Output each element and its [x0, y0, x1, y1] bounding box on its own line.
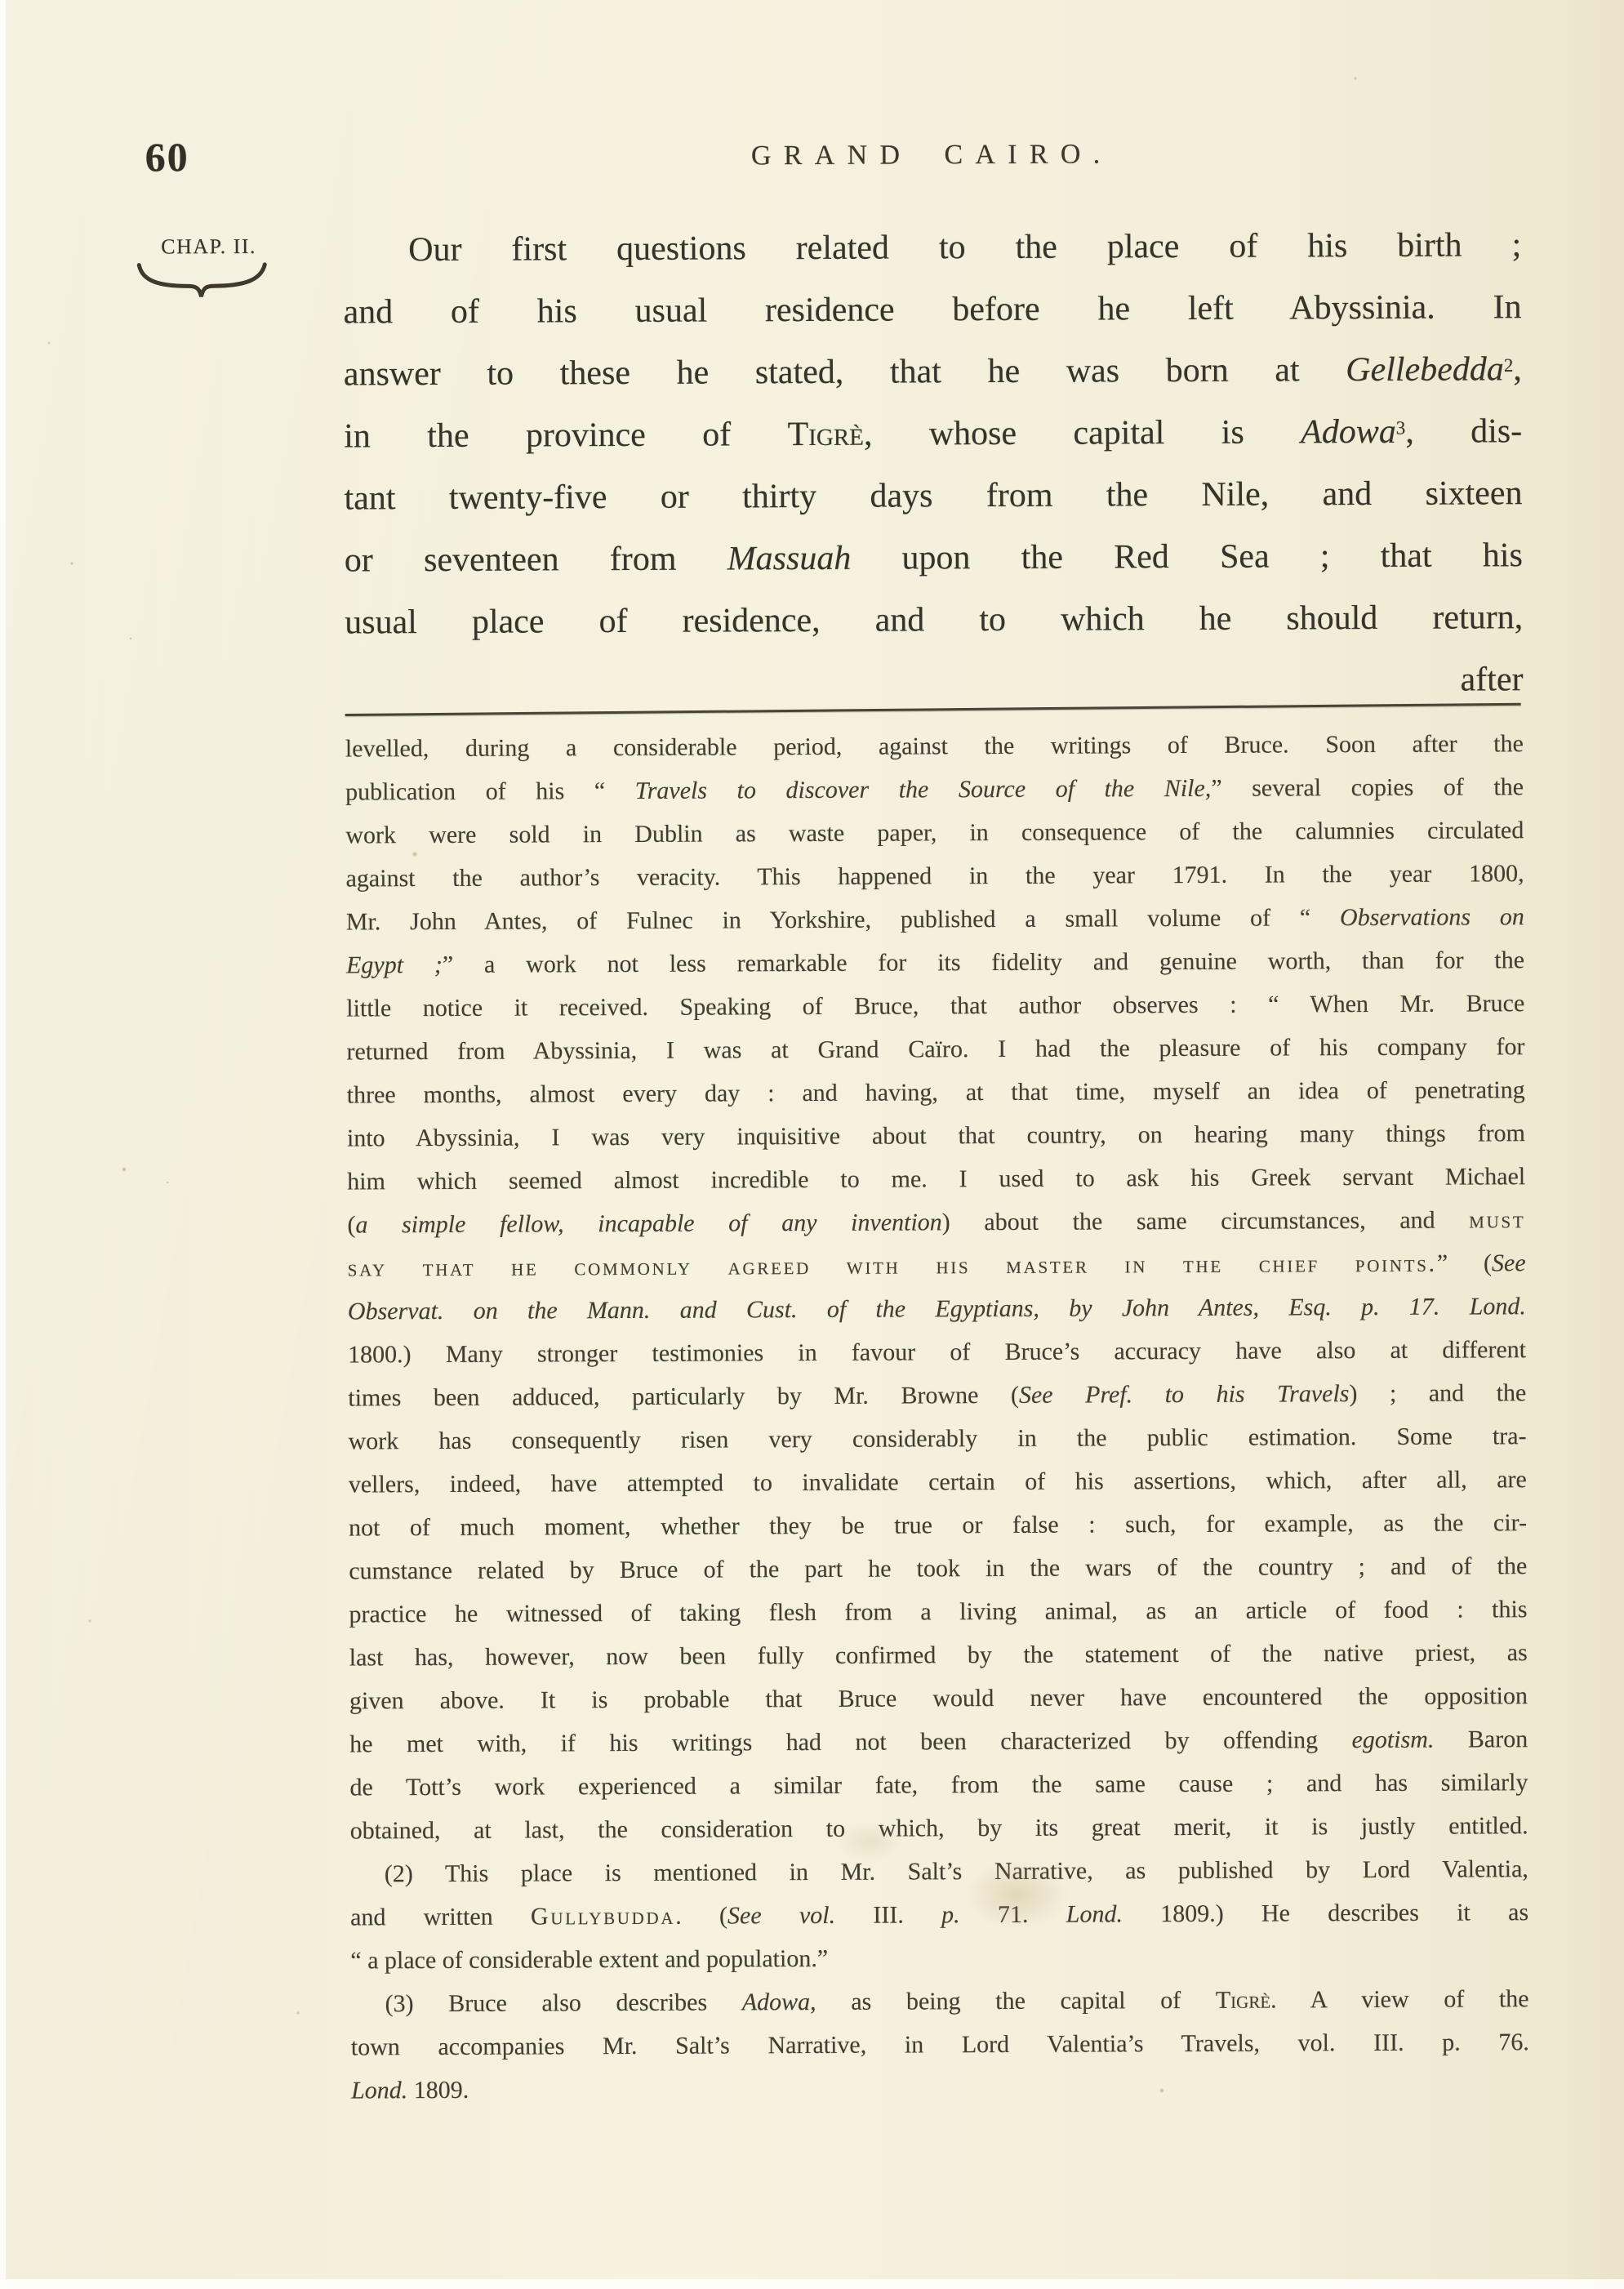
text-segment: egotism. — [1352, 1726, 1435, 1753]
text-line: not of much moment, whether they be true… — [349, 1509, 1527, 1557]
text-segment: vellers, indeed, have attempted to inval… — [349, 1466, 1527, 1498]
text-segment: 1809. — [407, 2077, 469, 2104]
text-line: tant twenty-five or thirty days from the… — [344, 474, 1522, 541]
text-segment: Our first questions related to the place… — [408, 226, 1521, 269]
text-segment: work were sold in Dublin as waste paper,… — [345, 817, 1524, 848]
page-content: 60 GRAND CAIRO. CHAP. II. Our first ques… — [0, 0, 1624, 2289]
text-line: Our first questions related to the place… — [343, 225, 1521, 292]
main-text-block: Our first questions related to the place… — [343, 225, 1524, 727]
text-segment: ” a work not less remarkable for its fid… — [443, 946, 1524, 978]
text-segment: after — [1460, 661, 1523, 698]
text-segment: upon the Red Sea ; that his — [851, 537, 1523, 577]
text-segment: , whose capital is — [864, 413, 1301, 452]
text-segment: III. — [835, 1901, 941, 1929]
text-line: “ a place of considerable extent and pop… — [350, 1942, 1528, 1990]
text-segment: obtained, at last, the consideration to … — [350, 1812, 1528, 1844]
text-line: returned from Abyssinia, I was at Grand … — [346, 1033, 1524, 1081]
text-line: him which seemed almost incredible to me… — [347, 1163, 1525, 1211]
text-segment: 2 — [1504, 354, 1514, 376]
text-segment: p. — [941, 1901, 960, 1928]
text-line: little notice it received. Speaking of B… — [346, 990, 1524, 1038]
text-segment: , as being the capital of — [810, 1987, 1216, 2015]
text-line: de Tott’s work experienced a similar fat… — [349, 1769, 1528, 1817]
text-segment: . A view of the — [1270, 1985, 1529, 2013]
text-line: work has consequently risen very conside… — [349, 1423, 1527, 1471]
text-line: 1800.) Many stronger testimonies in favo… — [348, 1336, 1526, 1384]
chapter-label: CHAP. II. — [161, 234, 256, 260]
text-line: in the province of Tigrè, whose capital … — [344, 412, 1522, 479]
text-segment: ( — [347, 1211, 355, 1238]
text-segment: Egypt ; — [346, 951, 443, 979]
running-header: GRAND CAIRO. — [343, 137, 1521, 173]
text-segment: returned from Abyssinia, I was at Grand … — [346, 1033, 1524, 1065]
text-segment: 1800.) Many stronger testimonies in favo… — [348, 1336, 1526, 1368]
text-line: cumstance related by Bruce of the part h… — [349, 1552, 1527, 1601]
text-line: levelled, during a considerable period, … — [345, 730, 1524, 778]
text-line: usual place of residence, and to which h… — [345, 598, 1523, 665]
text-segment: last has, however, now been fully confir… — [349, 1639, 1528, 1671]
text-line: town accompanies Mr. Salt’s Narrative, i… — [351, 2028, 1529, 2077]
text-segment: say that he commonly agreed with his mas… — [348, 1250, 1450, 1282]
text-line: he met with, if his writings had not bee… — [349, 1726, 1528, 1774]
text-segment: times been adduced, particularly by Mr. … — [348, 1382, 1019, 1412]
text-line: (2) This place is mentioned in Mr. Salt’… — [350, 1855, 1528, 1904]
text-segment: , — [1513, 350, 1522, 388]
text-line: and written Gullybudda. (See vol. III. p… — [350, 1899, 1528, 1947]
text-segment: (2) This place is mentioned in Mr. Salt’… — [385, 1855, 1528, 1887]
text-segment: Adowa — [742, 1988, 810, 2015]
text-segment: Observations on — [1340, 903, 1524, 931]
text-segment: into Abyssinia, I was very inquisitive a… — [347, 1120, 1525, 1151]
text-segment: usual place of residence, and to which h… — [345, 599, 1523, 641]
text-line: Observat. on the Mann. and Cust. of the … — [348, 1293, 1526, 1341]
text-segment: ” several copies of the — [1211, 773, 1524, 802]
text-segment: (3) Bruce also describes — [385, 1988, 742, 2017]
page-number: 60 — [145, 133, 189, 180]
chapter-brace-flourish — [135, 261, 272, 301]
text-segment: ( — [1450, 1249, 1492, 1276]
text-segment: See — [1492, 1249, 1526, 1276]
text-segment: 71. — [960, 1901, 1066, 1929]
text-segment: against the author’s veracity. This happ… — [346, 860, 1524, 892]
text-segment: “ a place of considerable extent and pop… — [350, 1945, 828, 1975]
text-segment: Tigrè — [1216, 1987, 1270, 2014]
text-line: vellers, indeed, have attempted to inval… — [349, 1466, 1527, 1514]
text-line: work were sold in Dublin as waste paper,… — [345, 817, 1524, 865]
text-segment: he met with, if his writings had not bee… — [349, 1726, 1352, 1757]
text-segment: and written — [350, 1904, 531, 1931]
text-segment: given above. It is probable that Bruce w… — [349, 1682, 1528, 1714]
text-line: after — [345, 660, 1523, 727]
text-segment: publication of his “ — [345, 777, 635, 806]
text-segment: Gellebedda — [1346, 350, 1504, 389]
page-paper: 60 GRAND CAIRO. CHAP. II. Our first ques… — [0, 0, 1624, 2289]
text-line: or seventeen from Massuah upon the Red S… — [345, 536, 1523, 603]
text-segment: Lond. — [1066, 1900, 1123, 1927]
text-line: given above. It is probable that Bruce w… — [349, 1682, 1528, 1730]
text-segment: work has consequently risen very conside… — [349, 1423, 1527, 1454]
text-segment: not of much moment, whether they be true… — [349, 1509, 1527, 1541]
text-segment: him which seemed almost incredible to me… — [347, 1163, 1525, 1195]
text-segment: must — [1469, 1206, 1525, 1233]
text-segment: a simple fellow, incapable of any invent… — [355, 1209, 941, 1238]
text-segment: See Pref. to his Travels — [1019, 1380, 1350, 1409]
text-segment: , dis- — [1405, 412, 1522, 451]
text-line: obtained, at last, the consideration to … — [350, 1812, 1528, 1860]
text-segment: Gullybudda — [531, 1903, 675, 1931]
text-segment: Lond. — [351, 2077, 407, 2104]
text-line: (a simple fellow, incapable of any inven… — [347, 1206, 1525, 1254]
text-segment: Massuah — [727, 540, 852, 578]
text-segment: three months, almost every day : and hav… — [347, 1076, 1525, 1108]
text-line: answer to these he stated, that he was b… — [344, 350, 1522, 416]
text-segment: Baron — [1434, 1726, 1528, 1753]
text-line: and of his usual residence before he lef… — [343, 287, 1521, 354]
text-segment: Mr. John Antes, of Fulnec in Yorkshire, … — [346, 904, 1340, 935]
text-line: Lond. 1809. — [351, 2072, 1529, 2120]
text-line: practice he witnessed of taking flesh fr… — [349, 1596, 1527, 1644]
text-segment: practice he witnessed of taking flesh fr… — [349, 1596, 1527, 1628]
text-line: publication of his “ Travels to discover… — [345, 773, 1524, 822]
text-segment: 3 — [1396, 416, 1406, 438]
text-segment: . ( — [675, 1902, 727, 1929]
text-segment: Tigrè — [787, 416, 864, 453]
text-line: into Abyssinia, I was very inquisitive a… — [347, 1120, 1525, 1168]
text-segment: or seventeen from — [345, 540, 727, 579]
text-segment: cumstance related by Bruce of the part h… — [349, 1552, 1527, 1584]
text-segment: Observat. on the Mann. and Cust. of the … — [348, 1293, 1526, 1325]
text-segment: answer to these he stated, that he was b… — [344, 351, 1346, 393]
text-segment: and of his usual residence before he lef… — [343, 288, 1521, 331]
text-segment: See vol. — [727, 1902, 835, 1930]
text-line: (3) Bruce also describes Adowa, as being… — [351, 1985, 1529, 2033]
text-segment: ) ; and the — [1349, 1379, 1526, 1407]
text-segment: town accompanies Mr. Salt’s Narrative, i… — [351, 2028, 1529, 2060]
text-segment: levelled, during a considerable period, … — [345, 730, 1524, 762]
text-segment: 1809.) He describes it as — [1123, 1899, 1528, 1927]
text-line: Egypt ;” a work not less remarkable for … — [346, 946, 1524, 995]
text-line: three months, almost every day : and hav… — [347, 1076, 1525, 1124]
text-segment: tant twenty-five or thirty days from the… — [344, 474, 1522, 517]
text-segment: Travels to discover the Source of the Ni… — [635, 775, 1212, 804]
text-segment: Adowa — [1301, 413, 1396, 452]
text-segment: ) about the same circumstances, and — [942, 1206, 1470, 1236]
text-line: times been adduced, particularly by Mr. … — [348, 1379, 1526, 1427]
text-line: last has, however, now been fully confir… — [349, 1639, 1528, 1687]
text-line: Mr. John Antes, of Fulnec in Yorkshire, … — [346, 903, 1524, 951]
text-segment: de Tott’s work experienced a similar fat… — [349, 1769, 1528, 1801]
text-segment: in the province of — [344, 416, 788, 455]
footnote-block: levelled, during a considerable period, … — [345, 730, 1529, 2120]
scanned-book-page: { "page": { "number": "60", "running_hea… — [0, 0, 1624, 2289]
text-line: say that he commonly agreed with his mas… — [348, 1249, 1526, 1298]
text-segment: little notice it received. Speaking of B… — [346, 990, 1524, 1022]
text-line: against the author’s veracity. This happ… — [346, 860, 1524, 908]
